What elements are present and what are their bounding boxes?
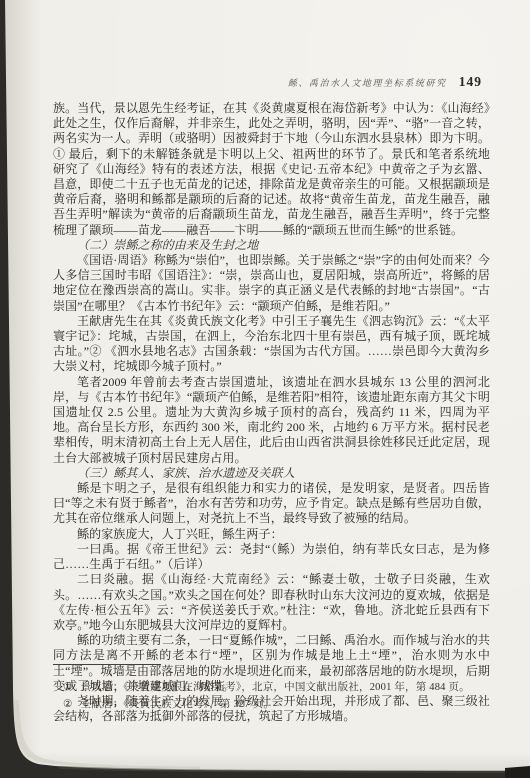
paragraph: 二曰炎融。据《山海经·大荒南经》云：“鲧妻士敬，士敬子曰炎融，生欢头。……有欢头… [53,572,490,633]
page-header: 鲧、禹治水人文地理坐标系统研究 149 [288,74,482,90]
footnote-area: ① 景以恩：《炎黄虞夏根在海岱新考》，北京，中国文献出版社，2001 年，第 4… [53,664,490,713]
paragraph: （二）崇鲧之称的由来及生封之地 [53,238,490,253]
footnote-item: ① 景以恩：《炎黄虞夏根在海岱新考》，北京，中国文献出版社，2001 年，第 4… [53,679,490,696]
footnote-list: ① 景以恩：《炎黄虞夏根在海岱新考》，北京，中国文献出版社，2001 年，第 4… [53,679,490,713]
footnote-item: ② 王献唐：《炎黄氏族文化考》，第 327 页。 [53,696,490,713]
running-title: 鲧、禹治水人文地理坐标系统研究 [288,76,447,89]
paragraph: 鲧的家族庞大，人丁兴旺，鲧生两子： [53,527,490,542]
paragraph: 族。当代，景以恩先生经考证，在其《炎黄虞夏根在海岱新考》中认为：《山海经》此处之… [53,101,490,238]
paragraph: （三）鲧其人、家族、治水遗迹及关联人 [53,466,490,481]
footnote-marker: ② [63,696,73,713]
paragraph: 笔者2009 年曾前去考查古崇国遗址，该遗址在泗水县城东 13 公里的泗河北岸，… [53,375,490,466]
bottom-band-highlight [60,766,530,773]
footnote-text: 王献唐：《炎黄氏族文化考》，第 327 页。 [81,696,490,713]
paragraph: 鲧是卞明之子，是很有组织能力和实力的诸侯，是发明家，是贤者。四岳皆曰“等之未有贤… [53,481,490,527]
paragraph: 一曰禹。据《帝王世纪》云：尧封“（鲧）为崇伯，纳有莘氏女曰志，是为修己……生禹于… [53,542,490,572]
scanned-book-page: 鲧、禹治水人文地理坐标系统研究 149 族。当代，景以恩先生经考证，在其《炎黄虞… [0,0,530,778]
bottom-right-dark-corner [505,766,530,778]
footnote-marker: ① [63,679,73,696]
footnote-divider [53,664,161,665]
paragraph: 《国语·周语》称鲧为“崇伯”，也即崇鲧。关于崇鲧之“崇”字的由何处而来？今人多信… [53,253,490,314]
paragraph: 王献唐先生在其《炎黄氏族文化考》中引王子襄先生《泗志钩沉》云：“《太平寰宇记》：… [53,314,490,375]
footnote-text: 景以恩：《炎黄虞夏根在海岱新考》，北京，中国文献出版社，2001 年，第 484… [81,679,490,696]
body-text: 族。当代，景以恩先生经考证，在其《炎黄虞夏根在海岱新考》中认为：《山海经》此处之… [53,101,490,724]
page-number: 149 [459,74,482,90]
